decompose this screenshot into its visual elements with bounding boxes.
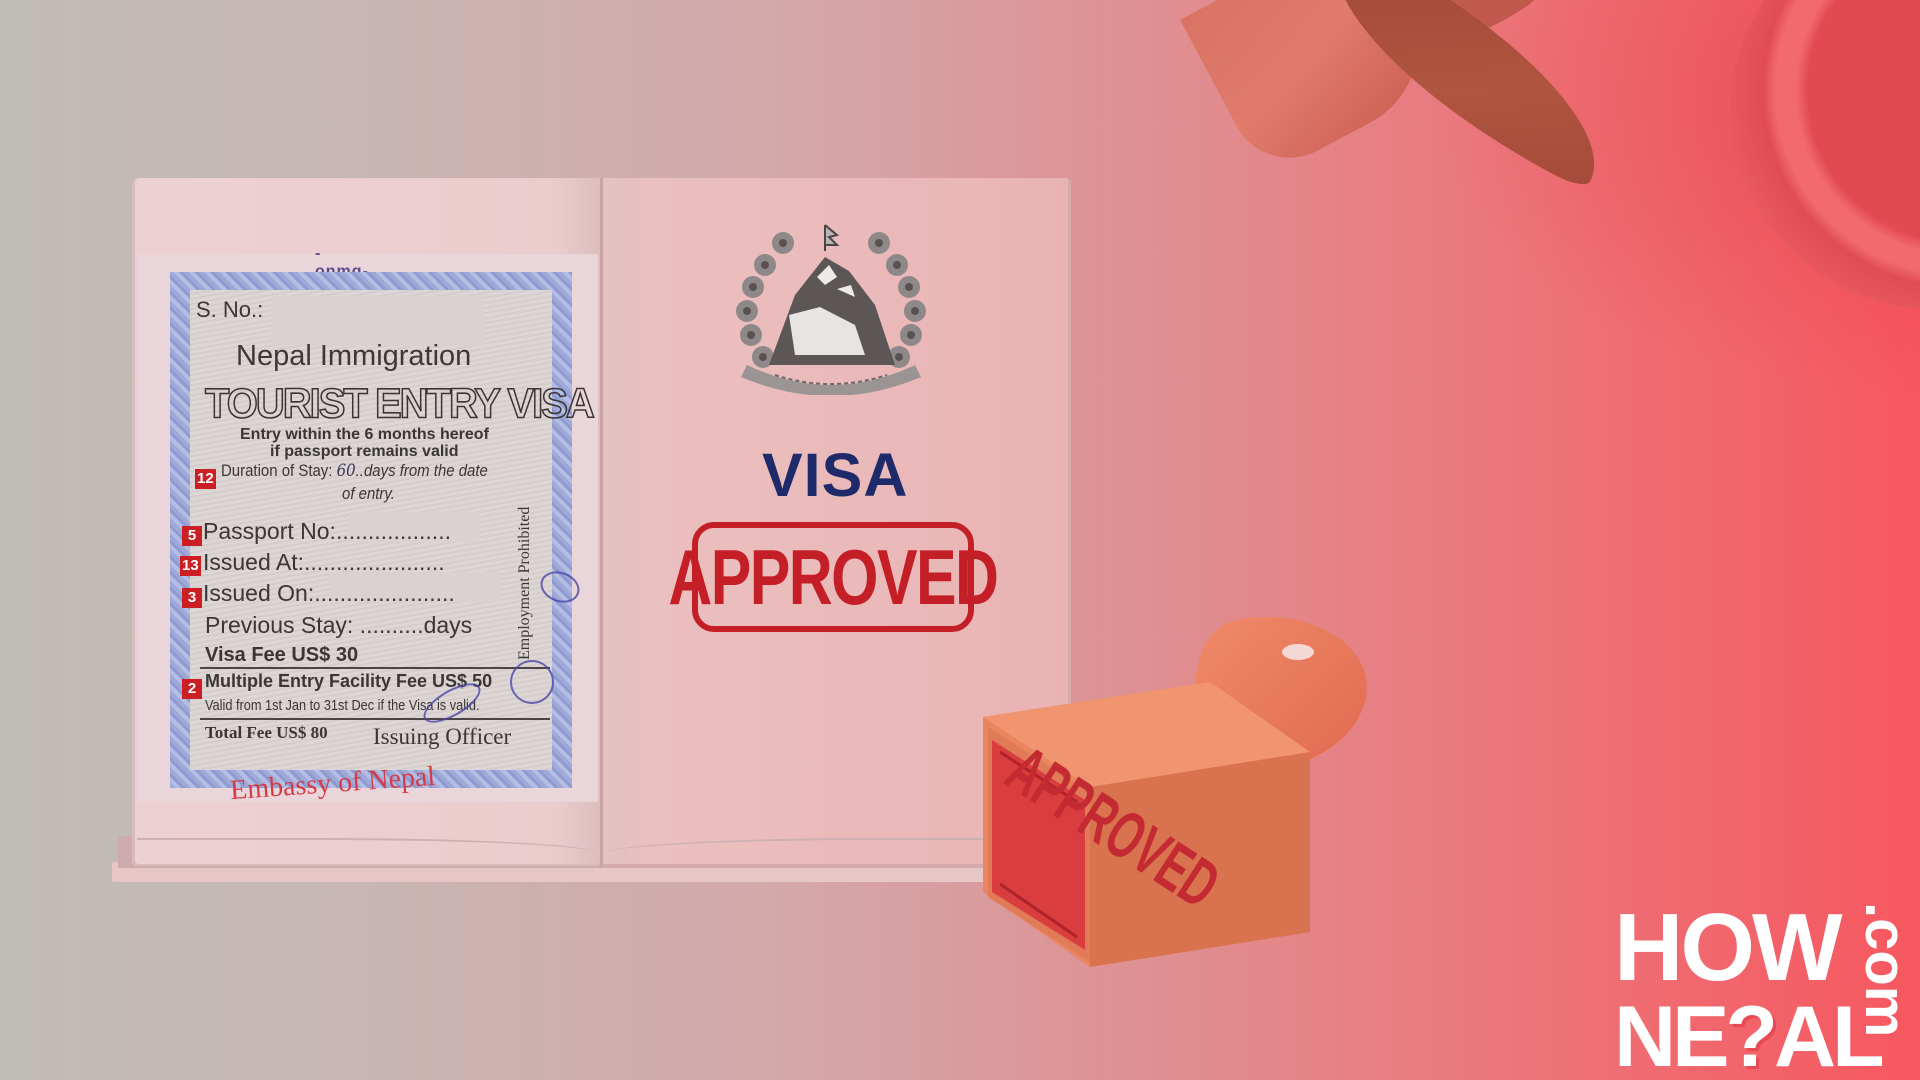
- passport-spine: [600, 178, 603, 868]
- divider: [200, 667, 550, 669]
- field-badge: 12: [195, 469, 216, 489]
- hownepal-logo[interactable]: HOW NE?AL .com: [1614, 900, 1914, 1070]
- field-badge: 13: [180, 556, 201, 576]
- field-label: Issued On:: [203, 580, 314, 606]
- duration-suffix-2: of entry.: [342, 484, 395, 504]
- nepal-emblem-icon: [725, 215, 937, 395]
- signature-mark: [510, 660, 554, 704]
- passport-no-field: Passport No:..................: [203, 518, 451, 545]
- entry-note: Entry within the 6 months hereof: [240, 426, 489, 444]
- duration-label: Duration of Stay:: [221, 461, 332, 480]
- field-badge: 5: [182, 526, 202, 546]
- approved-stamp: APPROVED: [692, 522, 974, 632]
- field-badge: 2: [182, 679, 202, 699]
- logo-line-1: HOW: [1614, 900, 1840, 996]
- duration-of-stay: Duration of Stay: 60..days from the date: [221, 461, 488, 481]
- redacted-serial: [272, 296, 484, 346]
- serial-label: S. No.:: [196, 297, 263, 323]
- visa-type: TOURIST ENTRY VISA: [205, 381, 593, 428]
- divider: [200, 718, 550, 720]
- entry-note: if passport remains valid: [270, 443, 459, 461]
- visa-fee: Visa Fee US$ 30: [205, 644, 358, 667]
- duration-value: 60: [337, 461, 356, 481]
- field-badge: 3: [182, 588, 202, 608]
- field-value: ......................: [304, 549, 445, 575]
- issuing-officer: Issuing Officer: [373, 724, 511, 750]
- logo-line-2: NE?AL: [1614, 994, 1881, 1080]
- employment-prohibited: Employment Prohibited: [516, 507, 534, 660]
- logo-domain: .com: [1856, 902, 1914, 1037]
- field-label: Passport No:: [203, 518, 336, 544]
- logo-text: NE: [1614, 989, 1725, 1080]
- question-mark-icon: ?: [1725, 989, 1774, 1080]
- rubber-stamp-icon: APPROVED: [980, 612, 1380, 972]
- field-label: Issued At:: [203, 549, 304, 575]
- total-fee: Total Fee US$ 80: [205, 723, 328, 743]
- visa-title: VISA: [762, 440, 908, 510]
- issued-on-field: Issued On:......................: [203, 580, 455, 607]
- issued-at-field: Issued At:......................: [203, 549, 445, 576]
- field-value: ......................: [314, 580, 455, 606]
- duration-suffix: ..days from the date: [356, 461, 488, 480]
- field-value: ..................: [336, 518, 451, 544]
- previous-stay: Previous Stay: ..........days: [205, 612, 472, 639]
- issuer-title: Nepal Immigration: [236, 340, 471, 373]
- approved-stamp-text: APPROVED: [669, 538, 998, 616]
